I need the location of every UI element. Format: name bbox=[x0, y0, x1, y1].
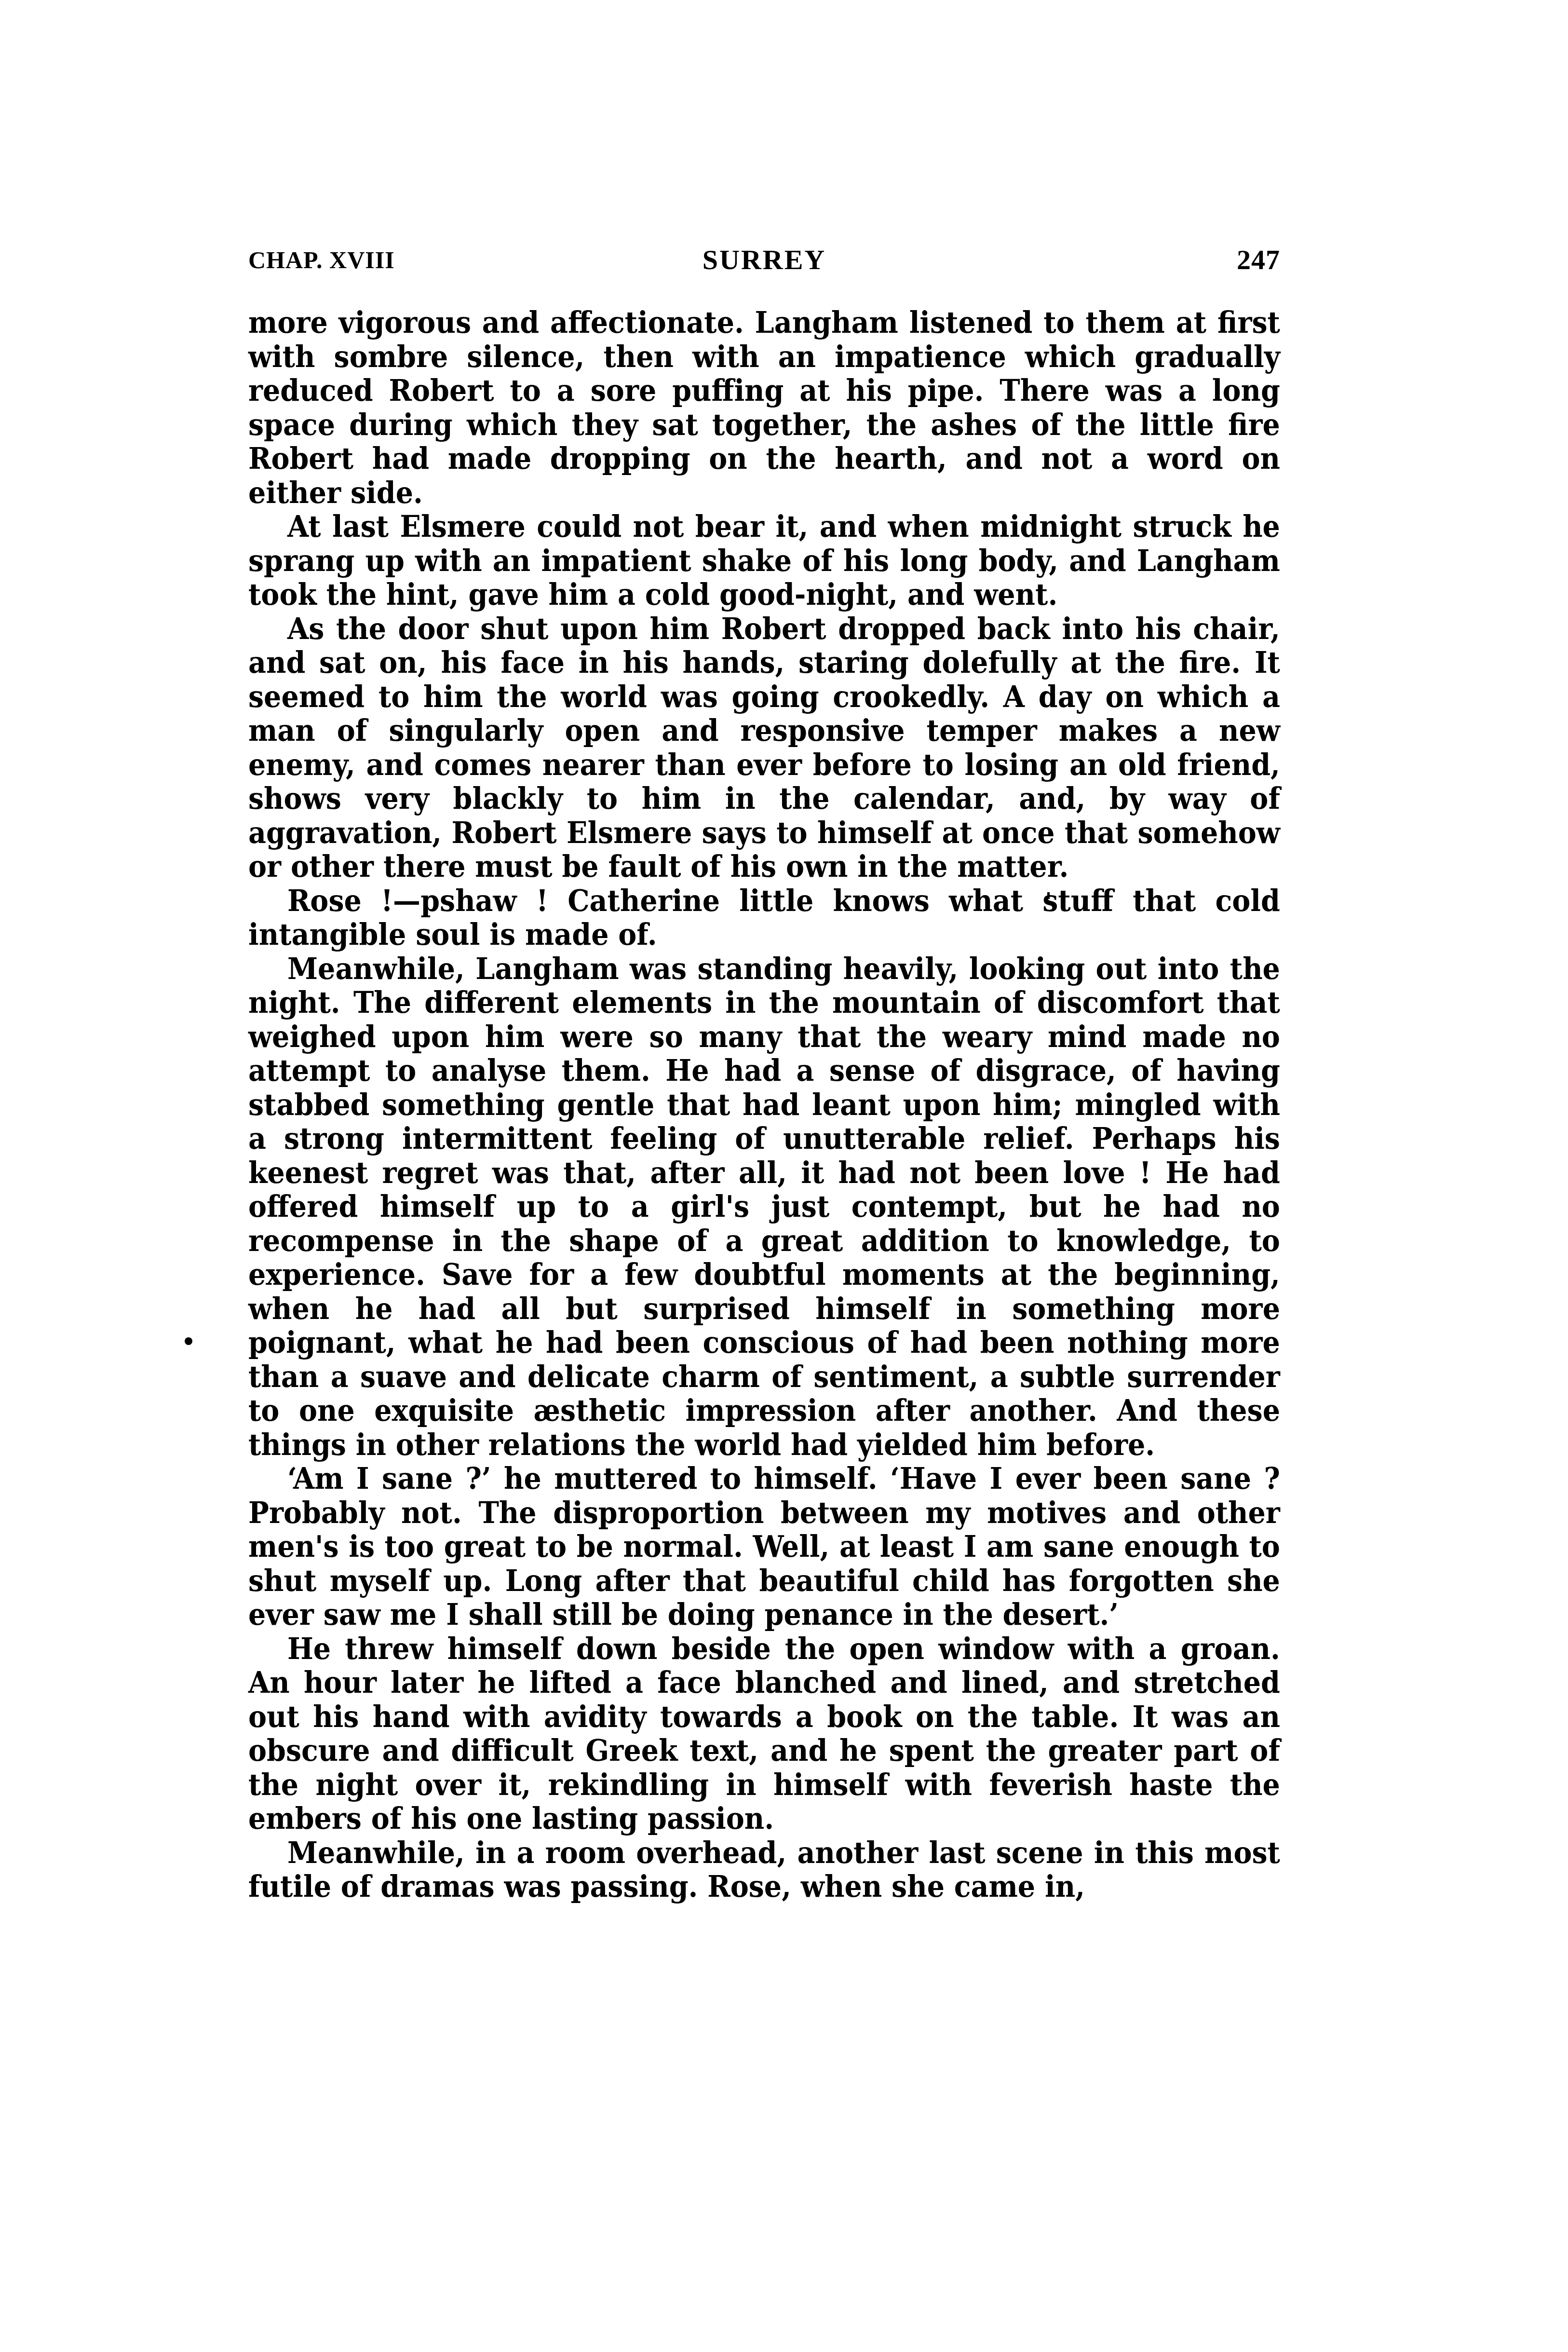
body-text: more vigorous and affectionate. Langham … bbox=[248, 306, 1280, 1904]
paragraph: Meanwhile, Langham was standing heavily,… bbox=[248, 952, 1280, 1462]
book-page: CHAP. XVIII SURREY 247 more vigorous and… bbox=[248, 231, 1280, 1904]
page-number: 247 bbox=[1237, 244, 1280, 276]
running-head: CHAP. XVIII SURREY 247 bbox=[248, 231, 1280, 285]
paragraph: At last Elsmere could not bear it, and w… bbox=[248, 510, 1280, 612]
margin-dot-mark bbox=[185, 1337, 192, 1345]
running-title: SURREY bbox=[248, 244, 1280, 276]
paragraph: He threw himself down beside the open wi… bbox=[248, 1632, 1280, 1836]
paragraph: more vigorous and affectionate. Langham … bbox=[248, 306, 1280, 510]
stray-ink-mark bbox=[1047, 892, 1050, 899]
paragraph: As the door shut upon him Robert dropped… bbox=[248, 612, 1280, 884]
paragraph: ‘Am I sane ?’ he muttered to himself. ‘H… bbox=[248, 1462, 1280, 1632]
paragraph: Rose !—pshaw ! Catherine little knows wh… bbox=[248, 884, 1280, 952]
paragraph: Meanwhile, in a room overhead, another l… bbox=[248, 1836, 1280, 1904]
